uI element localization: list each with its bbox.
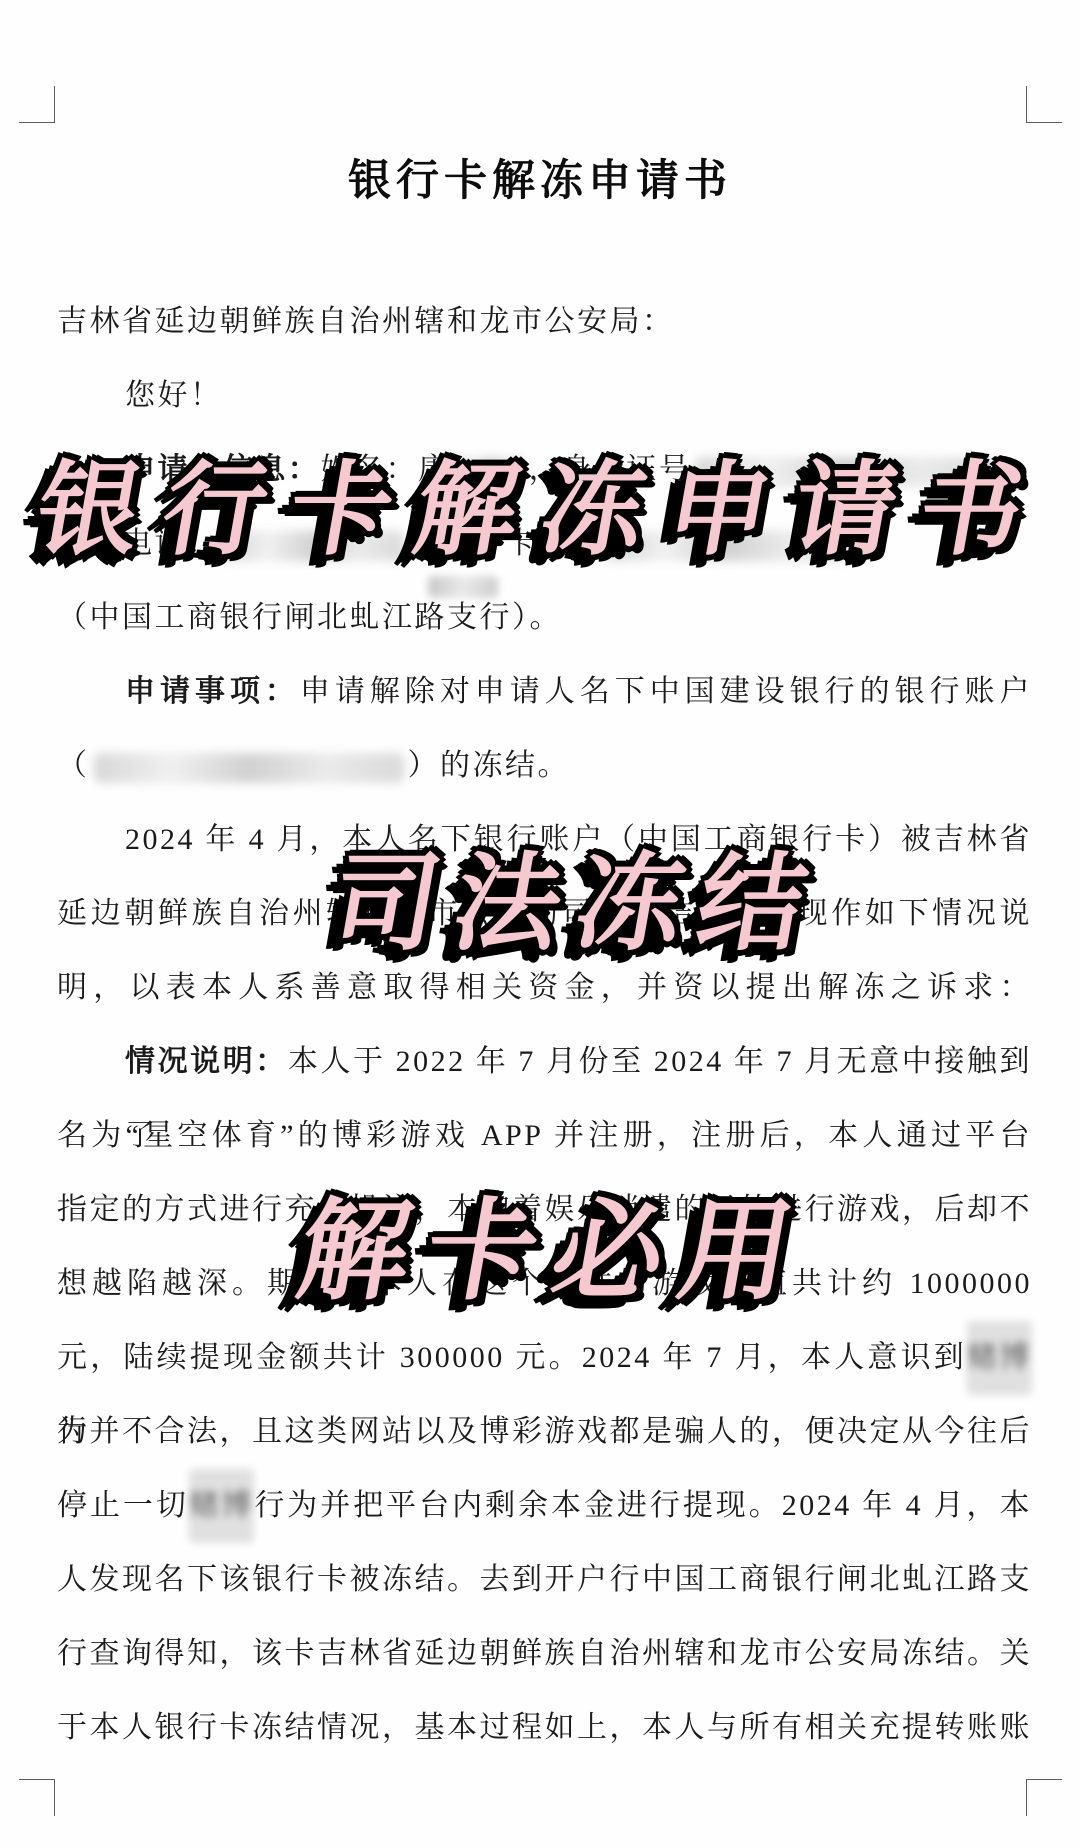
body-text: 停止一切 (57, 1489, 189, 1522)
document-page: 银行卡解冻申请书 吉林省延边朝鲜族自治州辖和龙市公安局： 您好！ 申请人信息：姓… (0, 0, 1080, 1847)
body-text: 行为并把平台内剩余本金进行提现。2024 年 4 月，本 (254, 1489, 1032, 1522)
watermark-unlock-essential: 解卡必用 (289, 1188, 819, 1315)
watermark-judicial-freeze: 司法冻结 (322, 843, 831, 965)
crop-mark-top-left (19, 86, 55, 123)
smudged-word: 赌博 (967, 1321, 1032, 1395)
redacted-account-blur (94, 753, 404, 783)
application-item-text: 申请解除对申请人名下中国建设银行的银行账户 (300, 675, 1032, 708)
situation-line: 情况说明：本人于 2022 年 7 月份至 2024 年 7 月无意中接触到了 (57, 1025, 1032, 1099)
open-paren: （ (57, 749, 90, 782)
body-line: 行查询得知，该卡吉林省延边朝鲜族自治州辖和龙市公安局冻结。关 (57, 1617, 1032, 1691)
crop-mark-bottom-left (19, 1779, 55, 1816)
smudge-patch (428, 576, 498, 598)
application-item-line: 申请事项：申请解除对申请人名下中国建设银行的银行账户 (57, 655, 1032, 729)
page-title: 银行卡解冻申请书 (0, 138, 1080, 226)
application-item-label: 申请事项： (125, 675, 300, 708)
body-line: 为并不合法，且这类网站以及博彩游戏都是骗人的，便决定从今往后 (57, 1395, 1032, 1469)
body-text: 元，陆续提现金额共计 300000 元。2024 年 7 月，本人意识到 (57, 1341, 967, 1374)
situation-label: 情况说明： (125, 1045, 288, 1078)
body-line: 元，陆续提现金额共计 300000 元。2024 年 7 月，本人意识到赌博行 (57, 1321, 1032, 1395)
body-line: 人发现名下该银行卡被冻结。去到开户行中国工商银行闸北虬江路支 (57, 1543, 1032, 1617)
greeting-line: 您好！ (57, 359, 1032, 433)
frozen-account-line: （）的冻结。 (57, 729, 1032, 803)
watermark-bank-card-unfreeze: 银行卡解冻申请书 (28, 452, 1057, 569)
bank-branch-line: （中国工商银行闸北虬江路支行）。 (57, 581, 1032, 655)
crop-mark-bottom-right (1026, 1779, 1062, 1816)
crop-mark-top-right (1026, 86, 1062, 123)
smudged-word: 赌博 (189, 1469, 254, 1543)
body-line: 名为“星空体育”的博彩游戏 APP 并注册，注册后，本人通过平台 (57, 1099, 1032, 1173)
recipient-line: 吉林省延边朝鲜族自治州辖和龙市公安局： (57, 285, 1032, 359)
body-line: 停止一切赌博行为并把平台内剩余本金进行提现。2024 年 4 月，本 (57, 1469, 1032, 1543)
body-line: 于本人银行卡冻结情况，基本过程如上，本人与所有相关充提转账账 (57, 1691, 1032, 1765)
freeze-suffix-text: ）的冻结。 (408, 749, 571, 782)
